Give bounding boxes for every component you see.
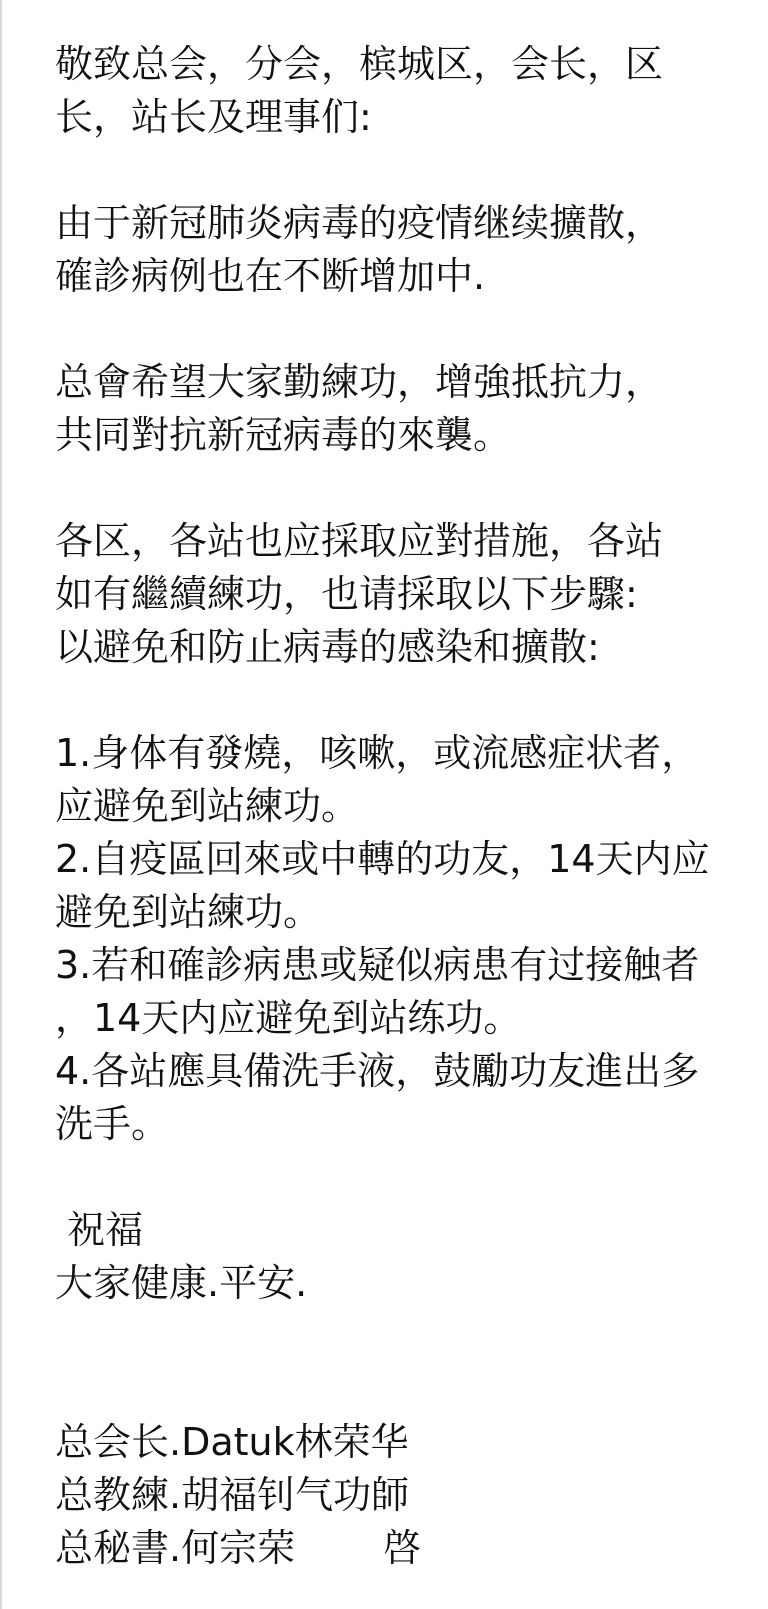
salutation-line: 长，站长及理事们: bbox=[55, 91, 372, 144]
step-line: 1.身体有發燒，咳嗽，或流感症状者， bbox=[55, 727, 699, 780]
paragraph-line: 如有繼續練功，也请採取以下步驟: bbox=[55, 568, 638, 621]
salutation-line: 敬致总会，分会，槟城区，会长，区 bbox=[55, 38, 663, 91]
step-line: 4.各站應具備洗手液，鼓勵功友進出多 bbox=[55, 1045, 699, 1098]
signature-line: 总教練.胡福钊气功師 bbox=[55, 1469, 409, 1522]
paragraph-line: 各区，各站也应採取应對措施，各站 bbox=[55, 515, 663, 568]
step-line: 3.若和確診病患或疑似病患有过接触者 bbox=[55, 939, 699, 992]
closing-line: 祝福 bbox=[55, 1204, 143, 1257]
closing-line: 大家健康.平安. bbox=[55, 1257, 307, 1310]
paragraph-line: 总會希望大家勤練功，增強抵抗力， bbox=[55, 356, 663, 409]
step-line: 应避免到站練功。 bbox=[55, 780, 359, 833]
paragraph-line: 由于新冠肺炎病毒的疫情继续擴散， bbox=[55, 197, 663, 250]
document-page: 敬致总会，分会，槟城区，会长，区 长，站长及理事们: 由于新冠肺炎病毒的疫情继续… bbox=[0, 0, 768, 1609]
paragraph-line: 以避免和防止病毒的感染和擴散: bbox=[55, 621, 600, 674]
paragraph-line: 共同對抗新冠病毒的來襲。 bbox=[55, 409, 511, 462]
step-line: 2.自疫區回來或中轉的功友，14天内应 bbox=[55, 833, 710, 886]
step-line: 洗手。 bbox=[55, 1098, 169, 1151]
step-line: ，14天内应避免到站练功。 bbox=[55, 992, 521, 1045]
signature-line: 总会长.Datuk林荣华 bbox=[55, 1416, 409, 1469]
step-line: 避免到站練功。 bbox=[55, 886, 321, 939]
paragraph-line: 確診病例也在不断增加中. bbox=[55, 250, 485, 303]
signature-line: 总秘書.何宗荣 啓 bbox=[55, 1522, 421, 1575]
